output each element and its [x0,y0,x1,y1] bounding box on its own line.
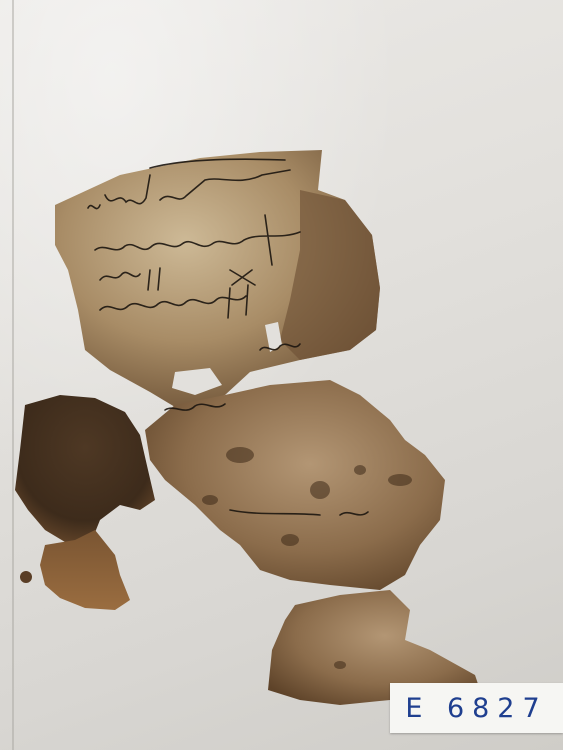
left-dark-fragment [15,395,155,545]
left-lower-fragment [40,530,130,610]
small-crumb [20,571,32,583]
catalog-label: E 6827 [390,683,563,733]
fragments [0,0,563,750]
catalog-number: E 6827 [405,693,547,724]
manuscript-photo: E 6827 [0,0,563,750]
